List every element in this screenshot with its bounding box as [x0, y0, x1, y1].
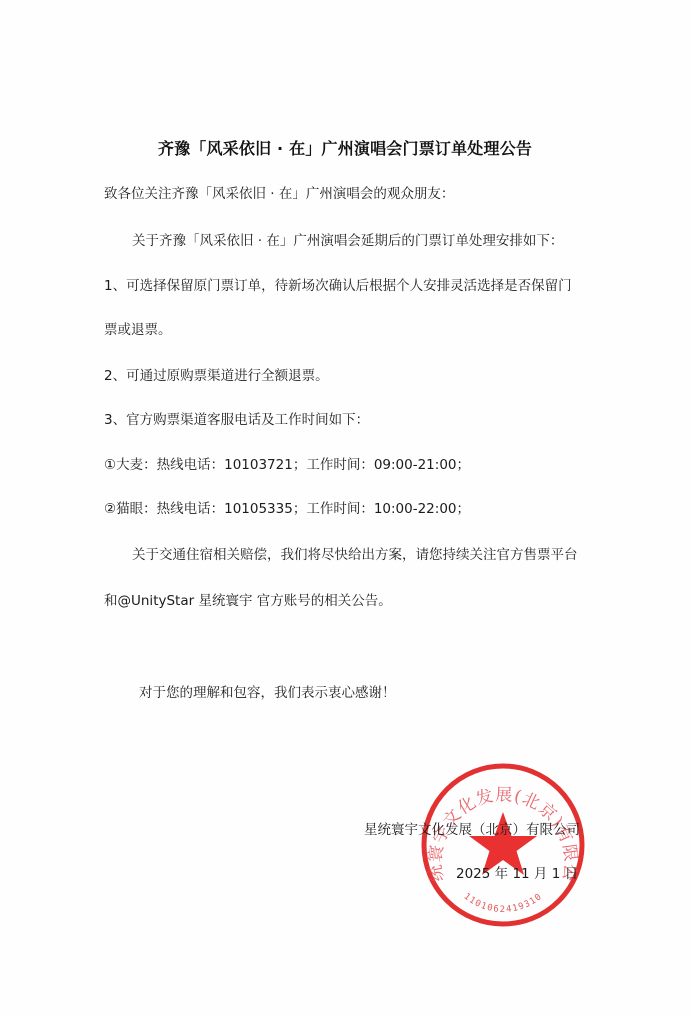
item-2: 2、可通过原购票渠道进行全额退票。 — [104, 367, 329, 385]
signature-company: 星统寰宇文化发展（北京）有限公司 — [364, 818, 580, 838]
official-seal-icon: 星统寰宇文化发展(北京)有限公司 1101062419310 — [419, 760, 587, 930]
channel-damai: ①大麦：热线电话：10103721；工作时间：09:00-21:00； — [104, 456, 470, 474]
salutation: 致各位关注齐豫「风采依旧 · 在」广州演唱会的观众朋友： — [104, 185, 454, 203]
document-title: 齐豫「风采依旧 · 在」广州演唱会门票订单处理公告 — [0, 136, 690, 159]
compensation-line-1: 关于交通住宿相关赔偿，我们将尽快给出方案，请您持续关注官方售票平台 — [132, 546, 578, 564]
intro-paragraph: 关于齐豫「风采依旧 · 在」广州演唱会延期后的门票订单处理安排如下： — [132, 232, 563, 250]
item-3: 3、官方购票渠道客服电话及工作时间如下： — [104, 411, 369, 429]
closing-thanks: 对于您的理解和包容，我们表示衷心感谢！ — [139, 684, 396, 702]
channel-maoyan: ②猫眼：热线电话：10105335；工作时间：10:00-22:00； — [104, 500, 470, 518]
compensation-line-2: 和@UnityStar 星统寰宇 官方账号的相关公告。 — [104, 592, 392, 610]
signature-date: 2025 年 11 月 1 日 — [456, 862, 578, 882]
item-1-line-1: 1、可选择保留原门票订单，待新场次确认后根据个人安排灵活选择是否保留门 — [104, 277, 572, 295]
document-page: 齐豫「风采依旧 · 在」广州演唱会门票订单处理公告 致各位关注齐豫「风采依旧 ·… — [0, 0, 690, 1017]
svg-text:1101062419310: 1101062419310 — [461, 892, 544, 915]
item-1-line-2: 票或退票。 — [104, 321, 172, 339]
